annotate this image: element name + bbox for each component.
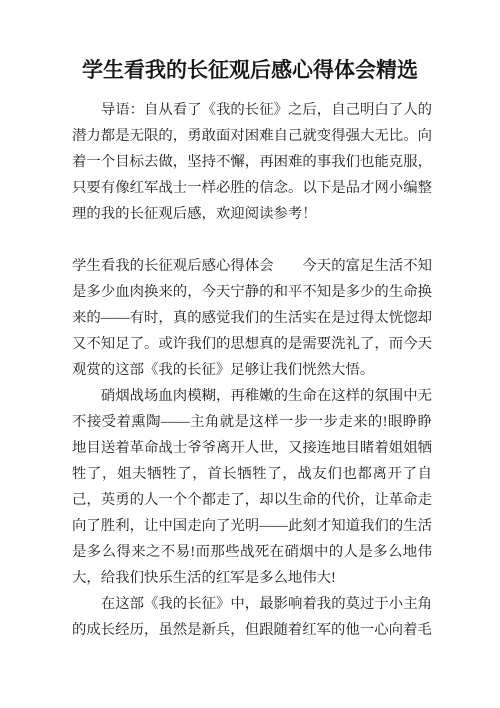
body-paragraph-3: 在这部《我的长征》中，最影响着我的莫过于小主角的成长经历，虽然是新兵，但跟随着红… — [72, 591, 432, 643]
body-paragraph-1: 学生看我的长征观后感心得体会 今天的富足生活不知是多少血肉换来的，今天宁静的和平… — [72, 253, 432, 383]
document-title: 学生看我的长征观后感心得体会精选 — [40, 54, 460, 86]
body-paragraph-2: 硝烟战场血肉模糊，再稚嫩的生命在这样的氛围中无不接受着熏陶——主角就是这样一步一… — [72, 383, 432, 591]
document-body: 导语：自从看了《我的长征》之后，自己明白了人的潜力都是无限的，勇敢面对困难自己就… — [72, 97, 432, 643]
document-page: 学生看我的长征观后感心得体会精选 导语：自从看了《我的长征》之后，自己明白了人的… — [0, 0, 500, 708]
lead-in-paragraph: 导语：自从看了《我的长征》之后，自己明白了人的潜力都是无限的，勇敢面对困难自己就… — [72, 97, 432, 227]
